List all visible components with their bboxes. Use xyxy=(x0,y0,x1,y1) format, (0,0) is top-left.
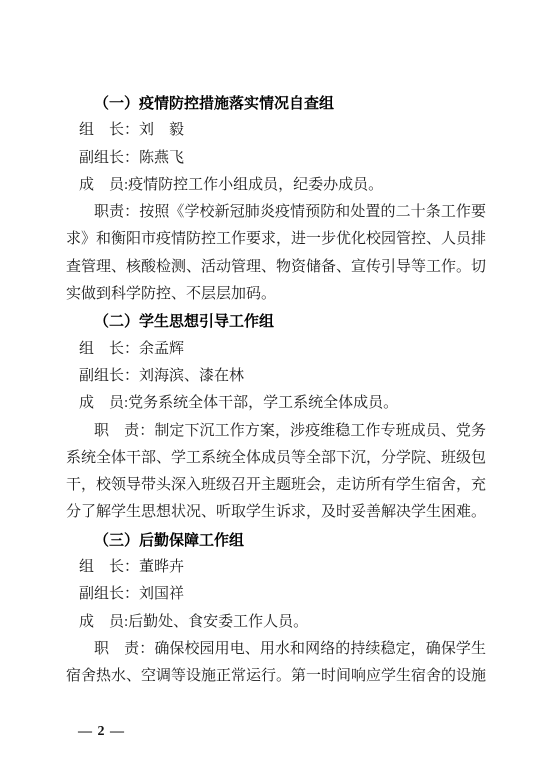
section-1-deputy-line: 副组长：陈燕飞 xyxy=(66,145,486,172)
section-1-leader-line: 组 长：刘 毅 xyxy=(66,117,486,144)
section-2-deputy-line: 副组长：刘海滨、漆在林 xyxy=(66,363,486,390)
section-3-heading: （三）后勤保障工作组 xyxy=(66,527,486,554)
document-body: （一）疫情防控措施落实情况自查组 组 长：刘 毅 副组长：陈燕飞 成 员:疫情防… xyxy=(66,90,486,691)
section-1-duty-paragraph: 职责：按照《学校新冠肺炎疫情预防和处置的二十条工作要求》和衡阳市疫情防控工作要求… xyxy=(66,199,486,308)
section-1-heading: （一）疫情防控措施落实情况自查组 xyxy=(66,90,486,117)
section-group-2: （二）学生思想引导工作组 组 长：余孟辉 副组长：刘海滨、漆在林 成 员:党务系… xyxy=(66,308,486,526)
page-footer: — 2 — xyxy=(78,724,125,740)
section-2-duty-paragraph: 职 责：制定下沉工作方案，涉疫维稳工作专班成员、党务系统全体干部、学工系统全体成… xyxy=(66,418,486,527)
section-2-leader-line: 组 长：余孟辉 xyxy=(66,336,486,363)
section-3-members-line: 成 员:后勤处、食安委工作人员。 xyxy=(66,609,486,636)
section-3-deputy-line: 副组长：刘国祥 xyxy=(66,581,486,608)
page-number: — 2 — xyxy=(78,724,125,739)
section-2-heading: （二）学生思想引导工作组 xyxy=(66,308,486,335)
section-2-members-line: 成 员:党务系统全体干部，学工系统全体成员。 xyxy=(66,390,486,417)
section-1-members-line: 成 员:疫情防控工作小组成员，纪委办成员。 xyxy=(66,172,486,199)
section-group-1: （一）疫情防控措施落实情况自查组 组 长：刘 毅 副组长：陈燕飞 成 员:疫情防… xyxy=(66,90,486,308)
document-page: （一）疫情防控措施落实情况自查组 组 长：刘 毅 副组长：陈燕飞 成 员:疫情防… xyxy=(0,0,551,781)
section-3-duty-paragraph: 职 责：确保校园用电、用水和网络的持续稳定，确保学生宿舍热水、空调等设施正常运行… xyxy=(66,636,486,691)
section-group-3: （三）后勤保障工作组 组 长：董晔卉 副组长：刘国祥 成 员:后勤处、食安委工作… xyxy=(66,527,486,691)
section-3-leader-line: 组 长：董晔卉 xyxy=(66,554,486,581)
